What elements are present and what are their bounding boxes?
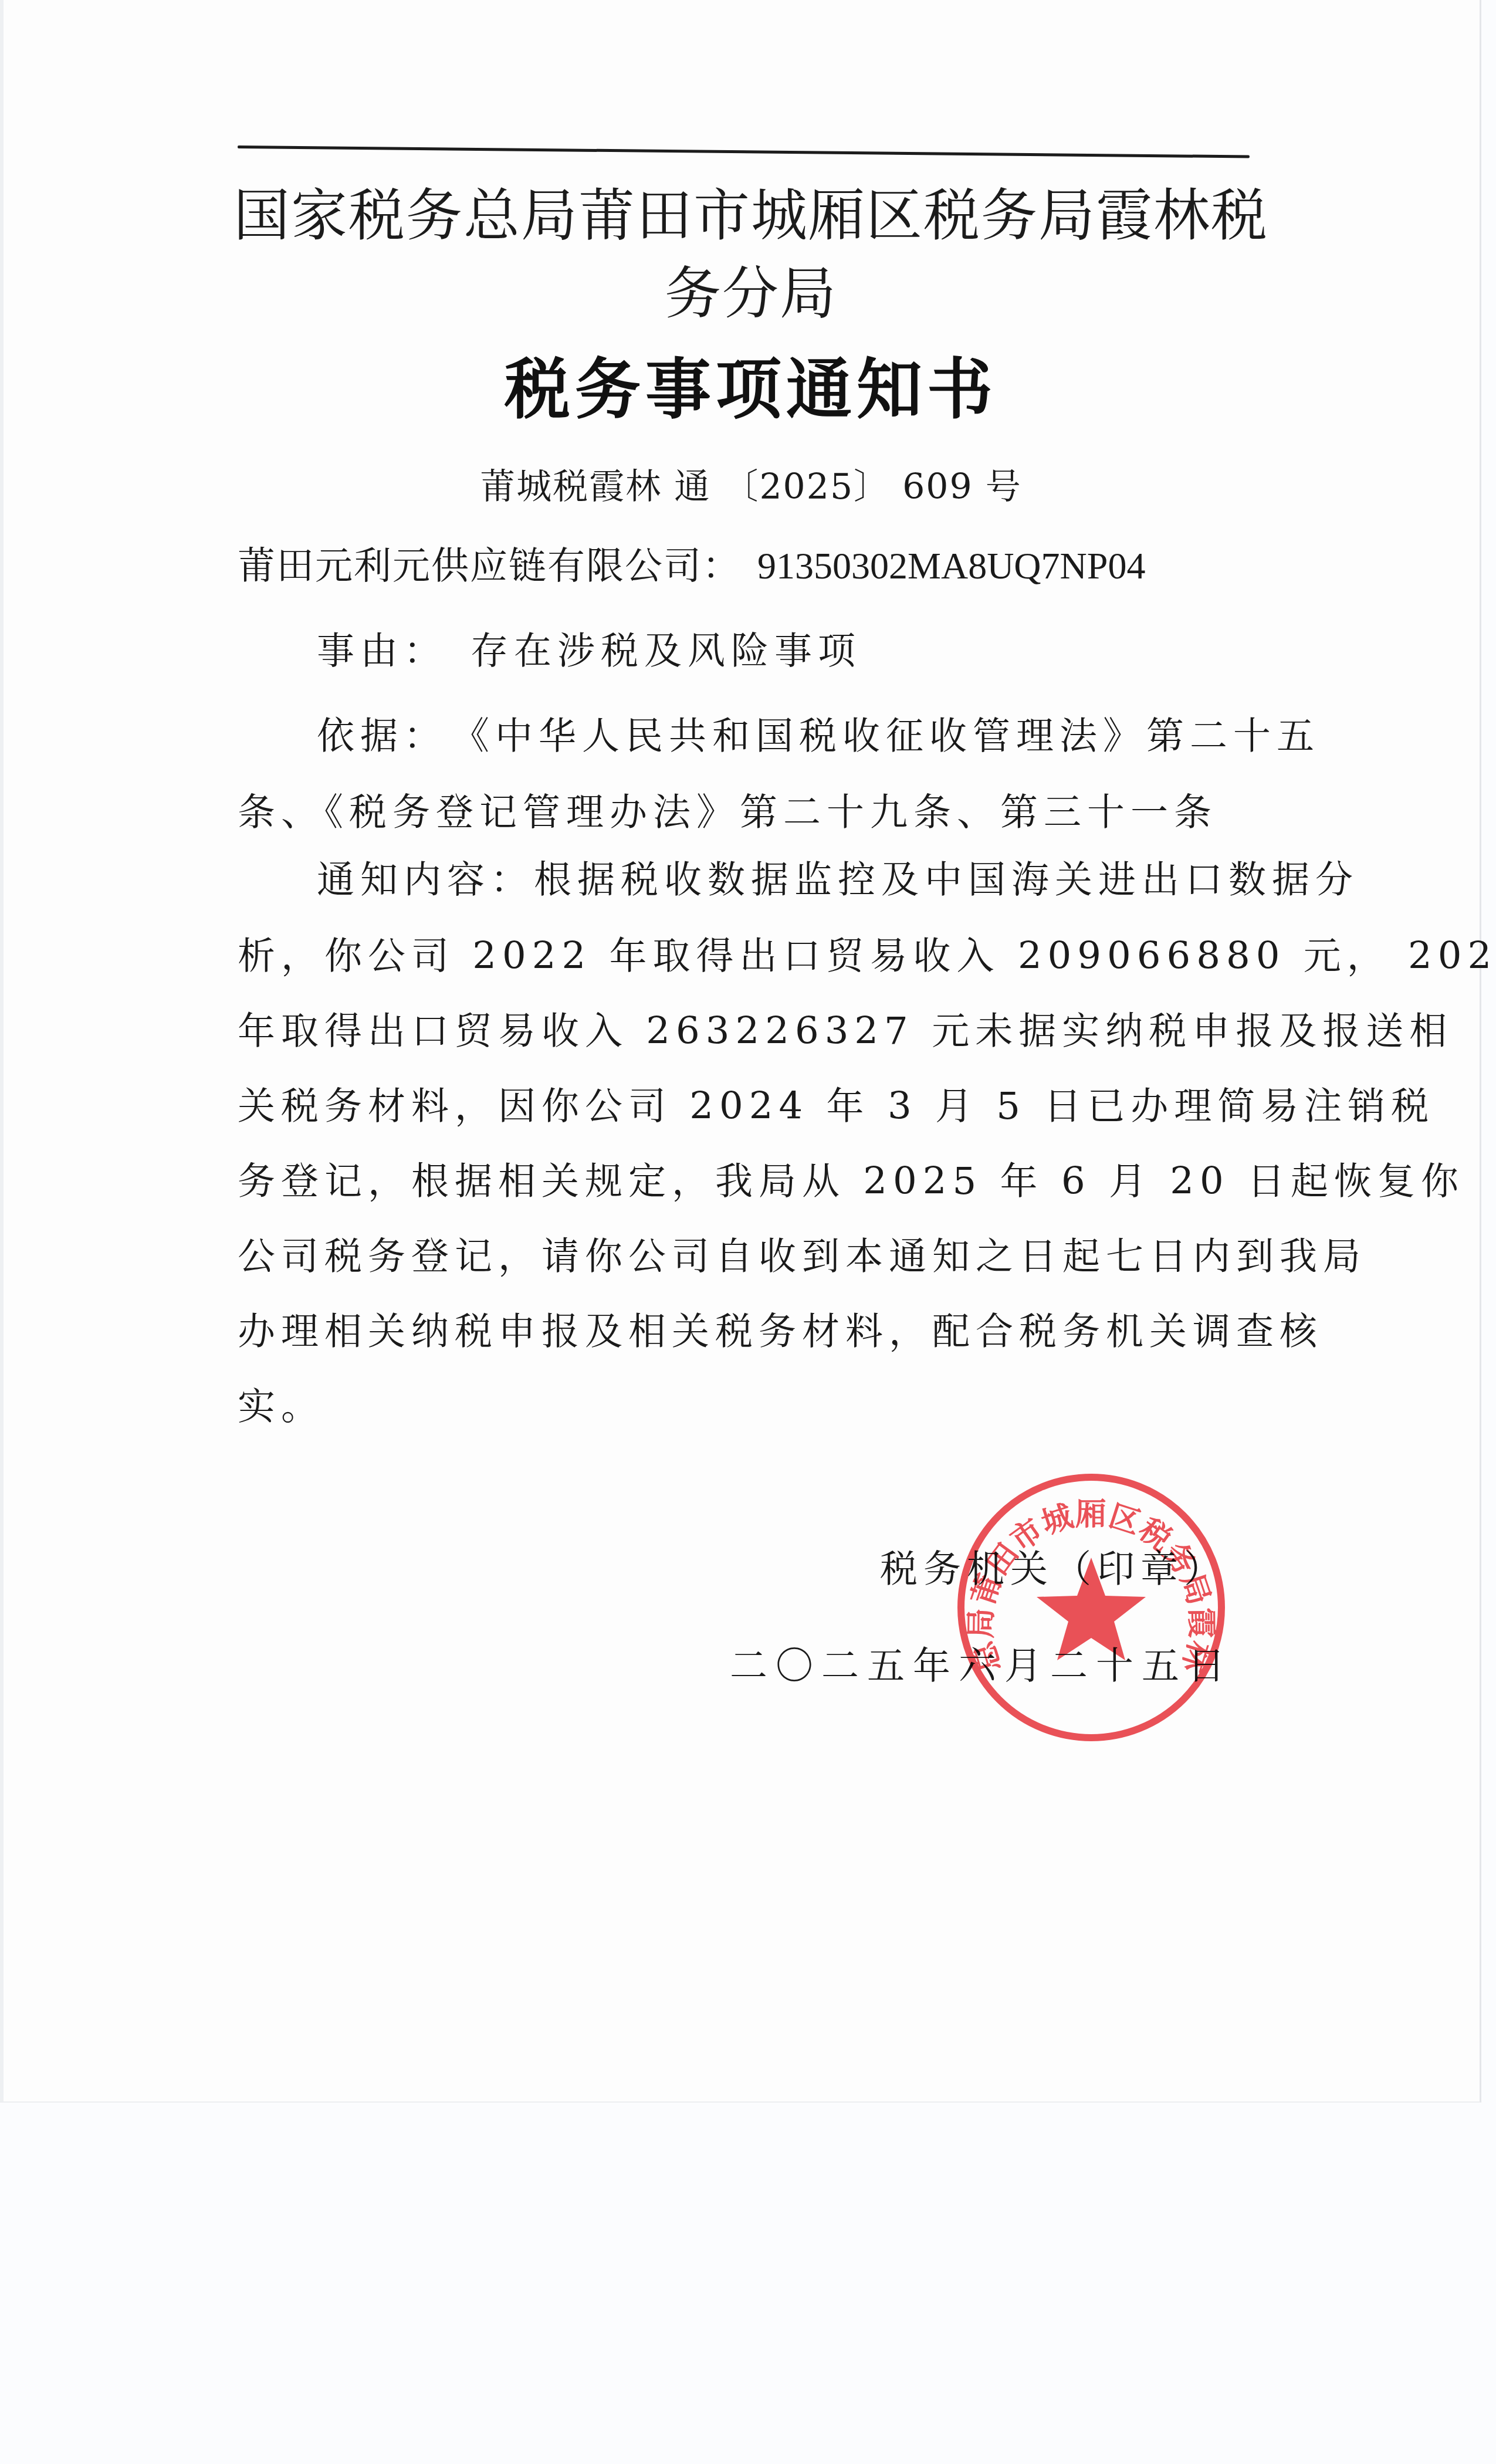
seal-stamp-icon: 国家税务总局莆田市城厢区税务局霞林税务分局 — [953, 1470, 1229, 1745]
basis-label: 依据： — [317, 715, 447, 758]
content-line-7: 办理相关纳税申报及相关税务材料，配合税务机关调查核 — [238, 1308, 1323, 1355]
issuing-organ-title-line1: 国家税务总局莆田市城厢区税务局霞林税 — [223, 183, 1279, 248]
content-text-1: 根据税收数据监控及中国海关进出口数据分 — [534, 858, 1359, 902]
content-line-3: 年取得出口贸易收入 263226327 元未据实纳税申报及报送相 — [238, 1008, 1453, 1055]
content-line-5: 务登记，根据相关规定，我局从 2025 年 6 月 20 日起恢复你 — [238, 1158, 1464, 1205]
reason-line: 事由：存在涉税及风险事项 — [317, 628, 861, 675]
document-title: 税务事项通知书 — [223, 352, 1279, 428]
official-seal: 国家税务总局莆田市城厢区税务局霞林税务分局 — [953, 1470, 1229, 1745]
issuing-organ-title-line2: 务分局 — [223, 261, 1279, 326]
content-line-4: 关税务材料，因你公司 2024 年 3 月 5 日已办理简易注销税 — [238, 1083, 1434, 1130]
basis-line-1: 依据：《中华人民共和国税收征收管理法》第二十五 — [317, 713, 1320, 760]
recipient-name: 莆田元利元供应链有限公司： — [238, 544, 741, 588]
content-line-6: 公司税务登记，请你公司自收到本通知之日起七日内到我局 — [238, 1233, 1366, 1280]
scanned-page: 国家税务总局莆田市城厢区税务局霞林税 务分局 税务事项通知书 莆城税霞林 通 〔… — [0, 0, 1481, 2103]
basis-text-1: 《中华人民共和国税收征收管理法》第二十五 — [471, 715, 1320, 758]
content-label: 通知内容： — [317, 858, 534, 902]
recipient-line: 莆田元利元供应链有限公司：91350302MA8UQ7NP04 — [238, 543, 1145, 590]
content-line-1: 通知内容：根据税收数据监控及中国海关进出口数据分 — [317, 857, 1359, 903]
content-line-8: 实。 — [238, 1383, 324, 1430]
header-rule — [238, 145, 1250, 158]
recipient-credit-code: 91350302MA8UQ7NP04 — [757, 545, 1145, 587]
reason-label: 事由： — [317, 629, 447, 673]
reason-value: 存在涉税及风险事项 — [471, 629, 861, 673]
content-line-2: 析，你公司 2022 年取得出口贸易收入 209066880 元， 2023 — [238, 933, 1496, 980]
basis-line-2: 条、《税务登记管理办法》第二十九条、第三十一条 — [238, 789, 1217, 836]
star-icon — [1037, 1558, 1146, 1660]
document-number: 莆城税霞林 通 〔2025〕 609 号 — [223, 463, 1279, 510]
